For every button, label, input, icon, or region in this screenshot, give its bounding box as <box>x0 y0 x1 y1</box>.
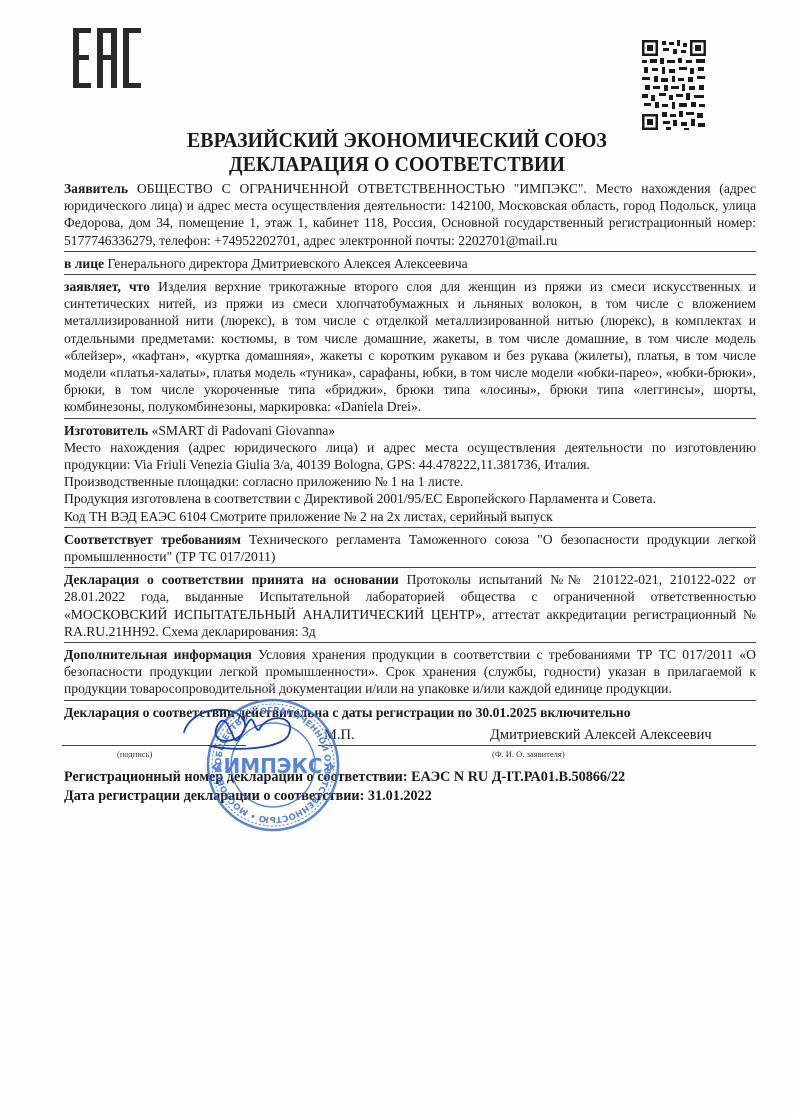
manufacturer-sites: Производственные площадки: согласно прил… <box>64 473 756 490</box>
represented-by-label: в лице <box>64 256 104 271</box>
declares-section: заявляет, что Изделия верхние трикотажны… <box>64 278 756 419</box>
declares-text: Изделия верхние трикотажные второго слоя… <box>64 279 756 414</box>
manufacturer-section: Изготовитель «SMART di Padovani Giovanna… <box>64 422 756 528</box>
signer-name-line <box>318 745 756 746</box>
registration-number: ЕАЭС N RU Д-IT.РА01.В.50866/22 <box>411 769 625 785</box>
stamp-center-text: «ИМПЭКС» <box>211 754 336 778</box>
document-title: ДЕКЛАРАЦИЯ О СООТВЕТСТВИИ <box>32 152 762 176</box>
manufacturer-directive: Продукция изготовлена в соответствии с Д… <box>64 490 756 507</box>
conforms-section: Соответствует требованиям Технического р… <box>64 531 756 568</box>
declaration-body: Заявитель ОБЩЕСТВО С ОГРАНИЧЕННОЙ ОТВЕТС… <box>64 180 756 726</box>
basis-section: Декларация о соответствии принята на осн… <box>64 571 756 643</box>
registration-date-row: Дата регистрации декларации о соответств… <box>64 787 625 806</box>
applicant-label: Заявитель <box>64 181 128 196</box>
represented-by-section: в лице Генерального директора Дмитриевск… <box>64 255 756 275</box>
declares-label: заявляет, что <box>64 279 150 294</box>
manufacturer-address: Место нахождения (адрес юридического лиц… <box>64 439 756 473</box>
union-title: ЕВРАЗИЙСКИЙ ЭКОНОМИЧЕСКИЙ СОЮЗ <box>32 128 762 152</box>
manufacturer-code: Код ТН ВЭД ЕАЭС 6104 Смотрите приложение… <box>64 508 756 525</box>
signature-row: (подпись) М.П. Дмитриевский Алексей Алек… <box>62 727 756 753</box>
validity-statement: Декларация о соответствии действительна … <box>64 704 756 723</box>
represented-by-text: Генерального директора Дмитриевского Але… <box>107 256 467 271</box>
signature-caption: (подпись) <box>117 749 152 759</box>
additional-info-label: Дополнительная информация <box>64 647 252 662</box>
applicant-text: ОБЩЕСТВО С ОГРАНИЧЕННОЙ ОТВЕТСТВЕННОСТЬЮ… <box>64 181 756 248</box>
qr-code-icon[interactable] <box>642 40 706 130</box>
manufacturer-label: Изготовитель <box>64 423 148 438</box>
applicant-section: Заявитель ОБЩЕСТВО С ОГРАНИЧЕННОЙ ОТВЕТС… <box>64 180 756 252</box>
declaration-page: ЕВРАЗИЙСКИЙ ЭКОНОМИЧЕСКИЙ СОЮЗ ДЕКЛАРАЦИ… <box>0 0 794 1117</box>
additional-info-section: Дополнительная информация Условия хранен… <box>64 646 756 701</box>
signer-name: Дмитриевский Алексей Алексеевич <box>490 727 712 744</box>
basis-label: Декларация о соответствии принята на осн… <box>64 572 399 587</box>
signer-caption: (Ф. И. О. заявителя) <box>492 749 565 759</box>
conforms-label: Соответствует требованиям <box>64 532 241 547</box>
registration-date: 31.01.2022 <box>368 788 432 804</box>
manufacturer-name: «SMART di Padovani Giovanna» <box>152 423 336 438</box>
eac-logo-icon <box>72 27 142 89</box>
signature-scribble-icon <box>180 706 300 756</box>
registration-number-row: Регистрационный номер декларации о соотв… <box>64 768 625 787</box>
registration-block: Регистрационный номер декларации о соотв… <box>64 768 625 806</box>
